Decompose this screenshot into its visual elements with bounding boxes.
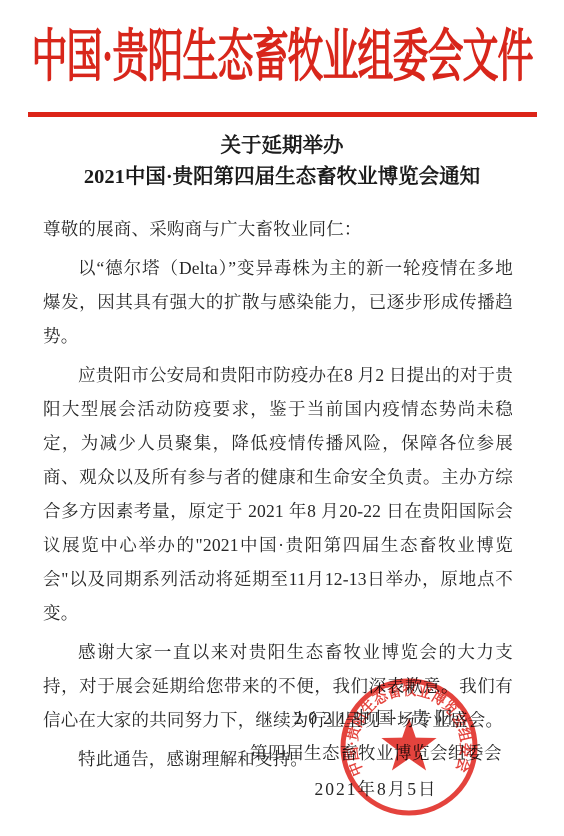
paragraph-postponement: 应贵阳市公安局和贵阳市防疫办在8 月2 日提出的对于贵阳大型展会活动防疫要求，鉴… [43,358,513,630]
signature-date: 2021年8月5日 [240,777,512,801]
signature-block: 2021中国·贵阳 第四届生态畜牧业博览会组委会 2021年8月5日 [240,706,512,801]
notice-title-line1: 关于延期举办 [0,131,564,162]
red-divider-rule [28,112,537,117]
signature-org-line1: 2021中国·贵阳 [240,706,512,730]
signature-org-line2: 第四届生态畜牧业博览会组委会 [240,741,512,765]
notice-title-line2: 2021中国·贵阳第四届生态畜牧业博览会通知 [0,162,564,193]
letterhead-title: 中国·贵阳生态畜牧业组委会文件 [0,28,564,85]
notice-body: 尊敬的展商、采购商与广大畜牧业同仁： 以“德尔塔（Delta）”变异毒株为主的新… [43,212,513,776]
paragraph-epidemic: 以“德尔塔（Delta）”变异毒株为主的新一轮疫情在多地爆发，因其具有强大的扩散… [43,251,513,353]
document-page: 中国·贵阳生态畜牧业组委会文件 关于延期举办 2021中国·贵阳第四届生态畜牧业… [0,0,564,836]
salutation: 尊敬的展商、采购商与广大畜牧业同仁： [43,212,513,246]
notice-title: 关于延期举办 2021中国·贵阳第四届生态畜牧业博览会通知 [0,131,564,193]
